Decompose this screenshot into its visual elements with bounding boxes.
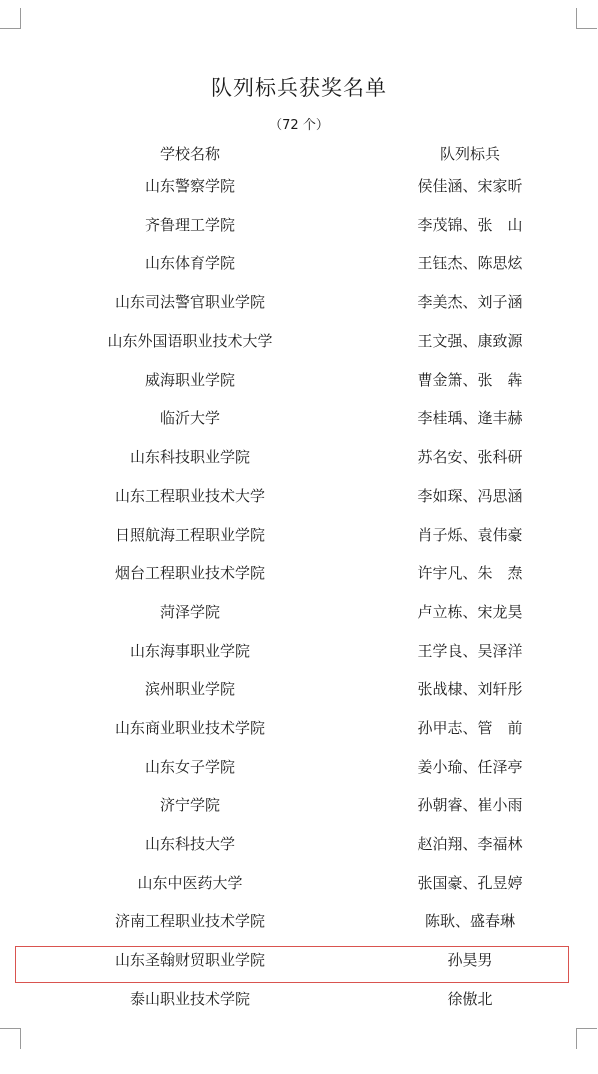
table-row: 滨州职业学院张战棣、刘轩彤 — [0, 678, 598, 717]
student-names: 许宇凡、朱 焘 — [385, 562, 555, 601]
student-names: 陈耿、盛春琳 — [385, 910, 555, 949]
student-names: 孙甲志、管 前 — [385, 717, 555, 756]
table-row: 山东中医药大学张国豪、孔昱婷 — [0, 872, 598, 911]
table-row: 日照航海工程职业学院肖子烁、袁伟豪 — [0, 524, 598, 563]
school-name: 山东商业职业技术学院 — [70, 717, 310, 756]
highlight-box — [15, 946, 569, 983]
school-name: 烟台工程职业技术学院 — [70, 562, 310, 601]
school-name: 济南工程职业技术学院 — [70, 910, 310, 949]
school-name: 日照航海工程职业学院 — [70, 524, 310, 563]
table-row: 山东海事职业学院王学良、吴泽洋 — [0, 640, 598, 679]
table-row: 山东司法警官职业学院李美杰、刘子涵 — [0, 291, 598, 330]
student-names: 卢立栋、宋龙昊 — [385, 601, 555, 640]
table-row: 济南工程职业技术学院陈耿、盛春琳 — [0, 910, 598, 949]
school-name: 山东科技职业学院 — [70, 446, 310, 485]
school-name: 临沂大学 — [70, 407, 310, 446]
school-name: 济宁学院 — [70, 794, 310, 833]
student-names: 赵泊翔、李福林 — [385, 833, 555, 872]
page-corner-mark-top-right — [576, 8, 597, 29]
school-name: 威海职业学院 — [70, 369, 310, 408]
school-name: 山东工程职业技术大学 — [70, 485, 310, 524]
student-names: 王文强、康致源 — [385, 330, 555, 369]
student-names: 王钰杰、陈思炫 — [385, 252, 555, 291]
student-names: 李美杰、刘子涵 — [385, 291, 555, 330]
student-names: 李桂瑀、逄丰赫 — [385, 407, 555, 446]
student-names: 苏名安、张科研 — [385, 446, 555, 485]
student-names: 肖子烁、袁伟豪 — [385, 524, 555, 563]
school-name: 山东海事职业学院 — [70, 640, 310, 679]
table-row: 山东警察学院侯佳涵、宋家昕 — [0, 175, 598, 214]
student-names: 侯佳涵、宋家昕 — [385, 175, 555, 214]
table-row: 山东外国语职业技术大学王文强、康致源 — [0, 330, 598, 369]
student-names: 王学良、吴泽洋 — [385, 640, 555, 679]
student-names: 张国豪、孔昱婷 — [385, 872, 555, 911]
school-name: 菏泽学院 — [70, 601, 310, 640]
table-row: 威海职业学院曹金箫、张 犇 — [0, 369, 598, 408]
table-row: 山东科技职业学院苏名安、张科研 — [0, 446, 598, 485]
table-row: 泰山职业技术学院徐傲北 — [0, 988, 598, 1027]
student-names: 张战棣、刘轩彤 — [385, 678, 555, 717]
school-name: 山东司法警官职业学院 — [70, 291, 310, 330]
table-row: 济宁学院孙朝睿、崔小雨 — [0, 794, 598, 833]
page-corner-mark-bottom-left — [0, 1028, 21, 1049]
student-names: 孙朝睿、崔小雨 — [385, 794, 555, 833]
table-row: 山东女子学院姜小瑜、任泽亭 — [0, 756, 598, 795]
student-names: 李茂锦、张 山 — [385, 214, 555, 253]
table-row: 烟台工程职业技术学院许宇凡、朱 焘 — [0, 562, 598, 601]
table-row: 齐鲁理工学院李茂锦、张 山 — [0, 214, 598, 253]
school-name: 齐鲁理工学院 — [70, 214, 310, 253]
school-name: 山东外国语职业技术大学 — [70, 330, 310, 369]
school-name: 山东体育学院 — [70, 252, 310, 291]
student-names: 徐傲北 — [385, 988, 555, 1027]
school-name: 山东科技大学 — [70, 833, 310, 872]
table-row: 山东商业职业技术学院孙甲志、管 前 — [0, 717, 598, 756]
table-row: 山东工程职业技术大学李如琛、冯思涵 — [0, 485, 598, 524]
school-name: 泰山职业技术学院 — [70, 988, 310, 1027]
document-subtitle-count: （72 个） — [0, 114, 598, 133]
page-corner-mark-top-left — [0, 8, 21, 29]
table-row: 临沂大学李桂瑀、逄丰赫 — [0, 407, 598, 446]
student-names: 姜小瑜、任泽亭 — [385, 756, 555, 795]
student-names: 李如琛、冯思涵 — [385, 485, 555, 524]
school-name: 山东女子学院 — [70, 756, 310, 795]
school-name: 滨州职业学院 — [70, 678, 310, 717]
student-names: 曹金箫、张 犇 — [385, 369, 555, 408]
page-corner-mark-bottom-right — [576, 1028, 597, 1049]
table-row: 山东科技大学赵泊翔、李福林 — [0, 833, 598, 872]
table-row: 山东体育学院王钰杰、陈思炫 — [0, 252, 598, 291]
table-row: 菏泽学院卢立栋、宋龙昊 — [0, 601, 598, 640]
school-name: 山东中医药大学 — [70, 872, 310, 911]
document-title: 队列标兵获奖名单 — [0, 72, 598, 102]
school-name: 山东警察学院 — [70, 175, 310, 214]
